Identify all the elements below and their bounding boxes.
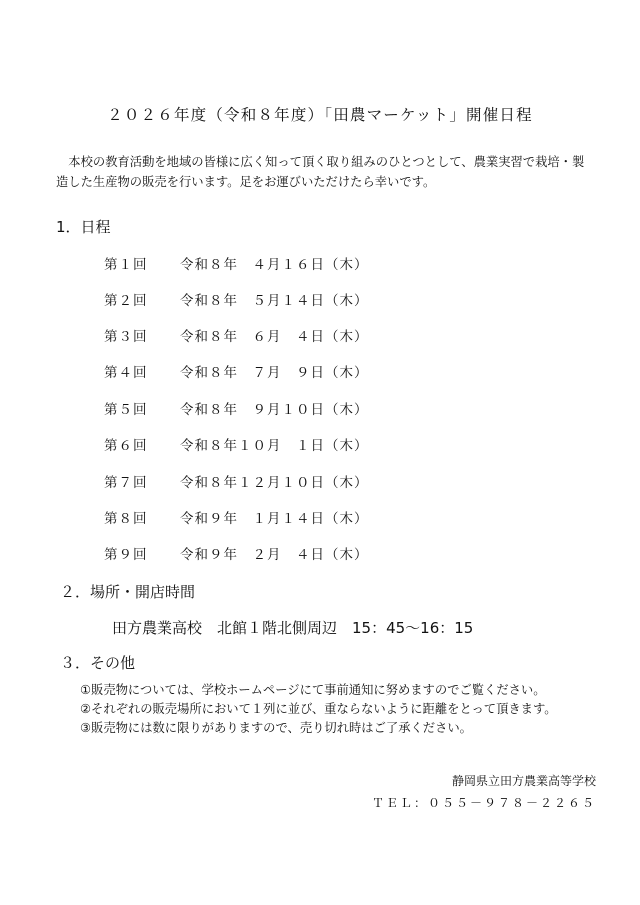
note-item: ①販売物については、学校ホームページにて事前通知に努めますのでご覧ください。 [80, 681, 557, 700]
footer-tel: ＴＥＬ：０５５－９７８－２２６５ [372, 794, 596, 811]
schedule-row: 第７回令和８年１２月１０日（木） [104, 471, 369, 491]
schedule-row: 第５回令和８年 ９月１０日（木） [104, 398, 369, 418]
notes-list: ①販売物については、学校ホームページにて事前通知に努めますのでご覧ください。 ②… [80, 681, 557, 738]
footer-school: 静岡県立田方農業高等学校 [452, 772, 596, 789]
note-item: ③販売物には数に限りがありますので、売り切れ時はご了承ください。 [80, 719, 557, 738]
note-item: ②それぞれの販売場所において１列に並び、重ならないように距離をとって頂きます。 [80, 700, 557, 719]
schedule-row: 第１回令和８年 ４月１６日（木） [104, 253, 369, 273]
schedule-row: 第９回令和９年 ２月 ４日（木） [104, 543, 369, 563]
schedule-row: 第６回令和８年１０月 １日（木） [104, 434, 369, 454]
place-text: 田方農業高校 北館１階北側周辺 15：45〜16：15 [112, 617, 473, 638]
place-heading: ２．場所・開店時間 [60, 581, 195, 602]
schedule-row: 第２回令和８年 ５月１４日（木） [104, 289, 369, 309]
intro-paragraph: 本校の教育活動を地域の皆様に広く知って頂く取り組みのひとつとして、農業実習で栽培… [56, 152, 596, 192]
schedule-row: 第８回令和９年 １月１４日（木） [104, 507, 369, 527]
other-heading: ３．その他 [60, 652, 135, 673]
schedule-row: 第４回令和８年 ７月 ９日（木） [104, 361, 369, 381]
page-title: ２０２６年度（令和８年度）「田農マーケット」開催日程 [0, 103, 640, 125]
schedule-heading: 1．日程 [56, 216, 111, 237]
schedule-row: 第３回令和８年 ６月 ４日（木） [104, 325, 369, 345]
